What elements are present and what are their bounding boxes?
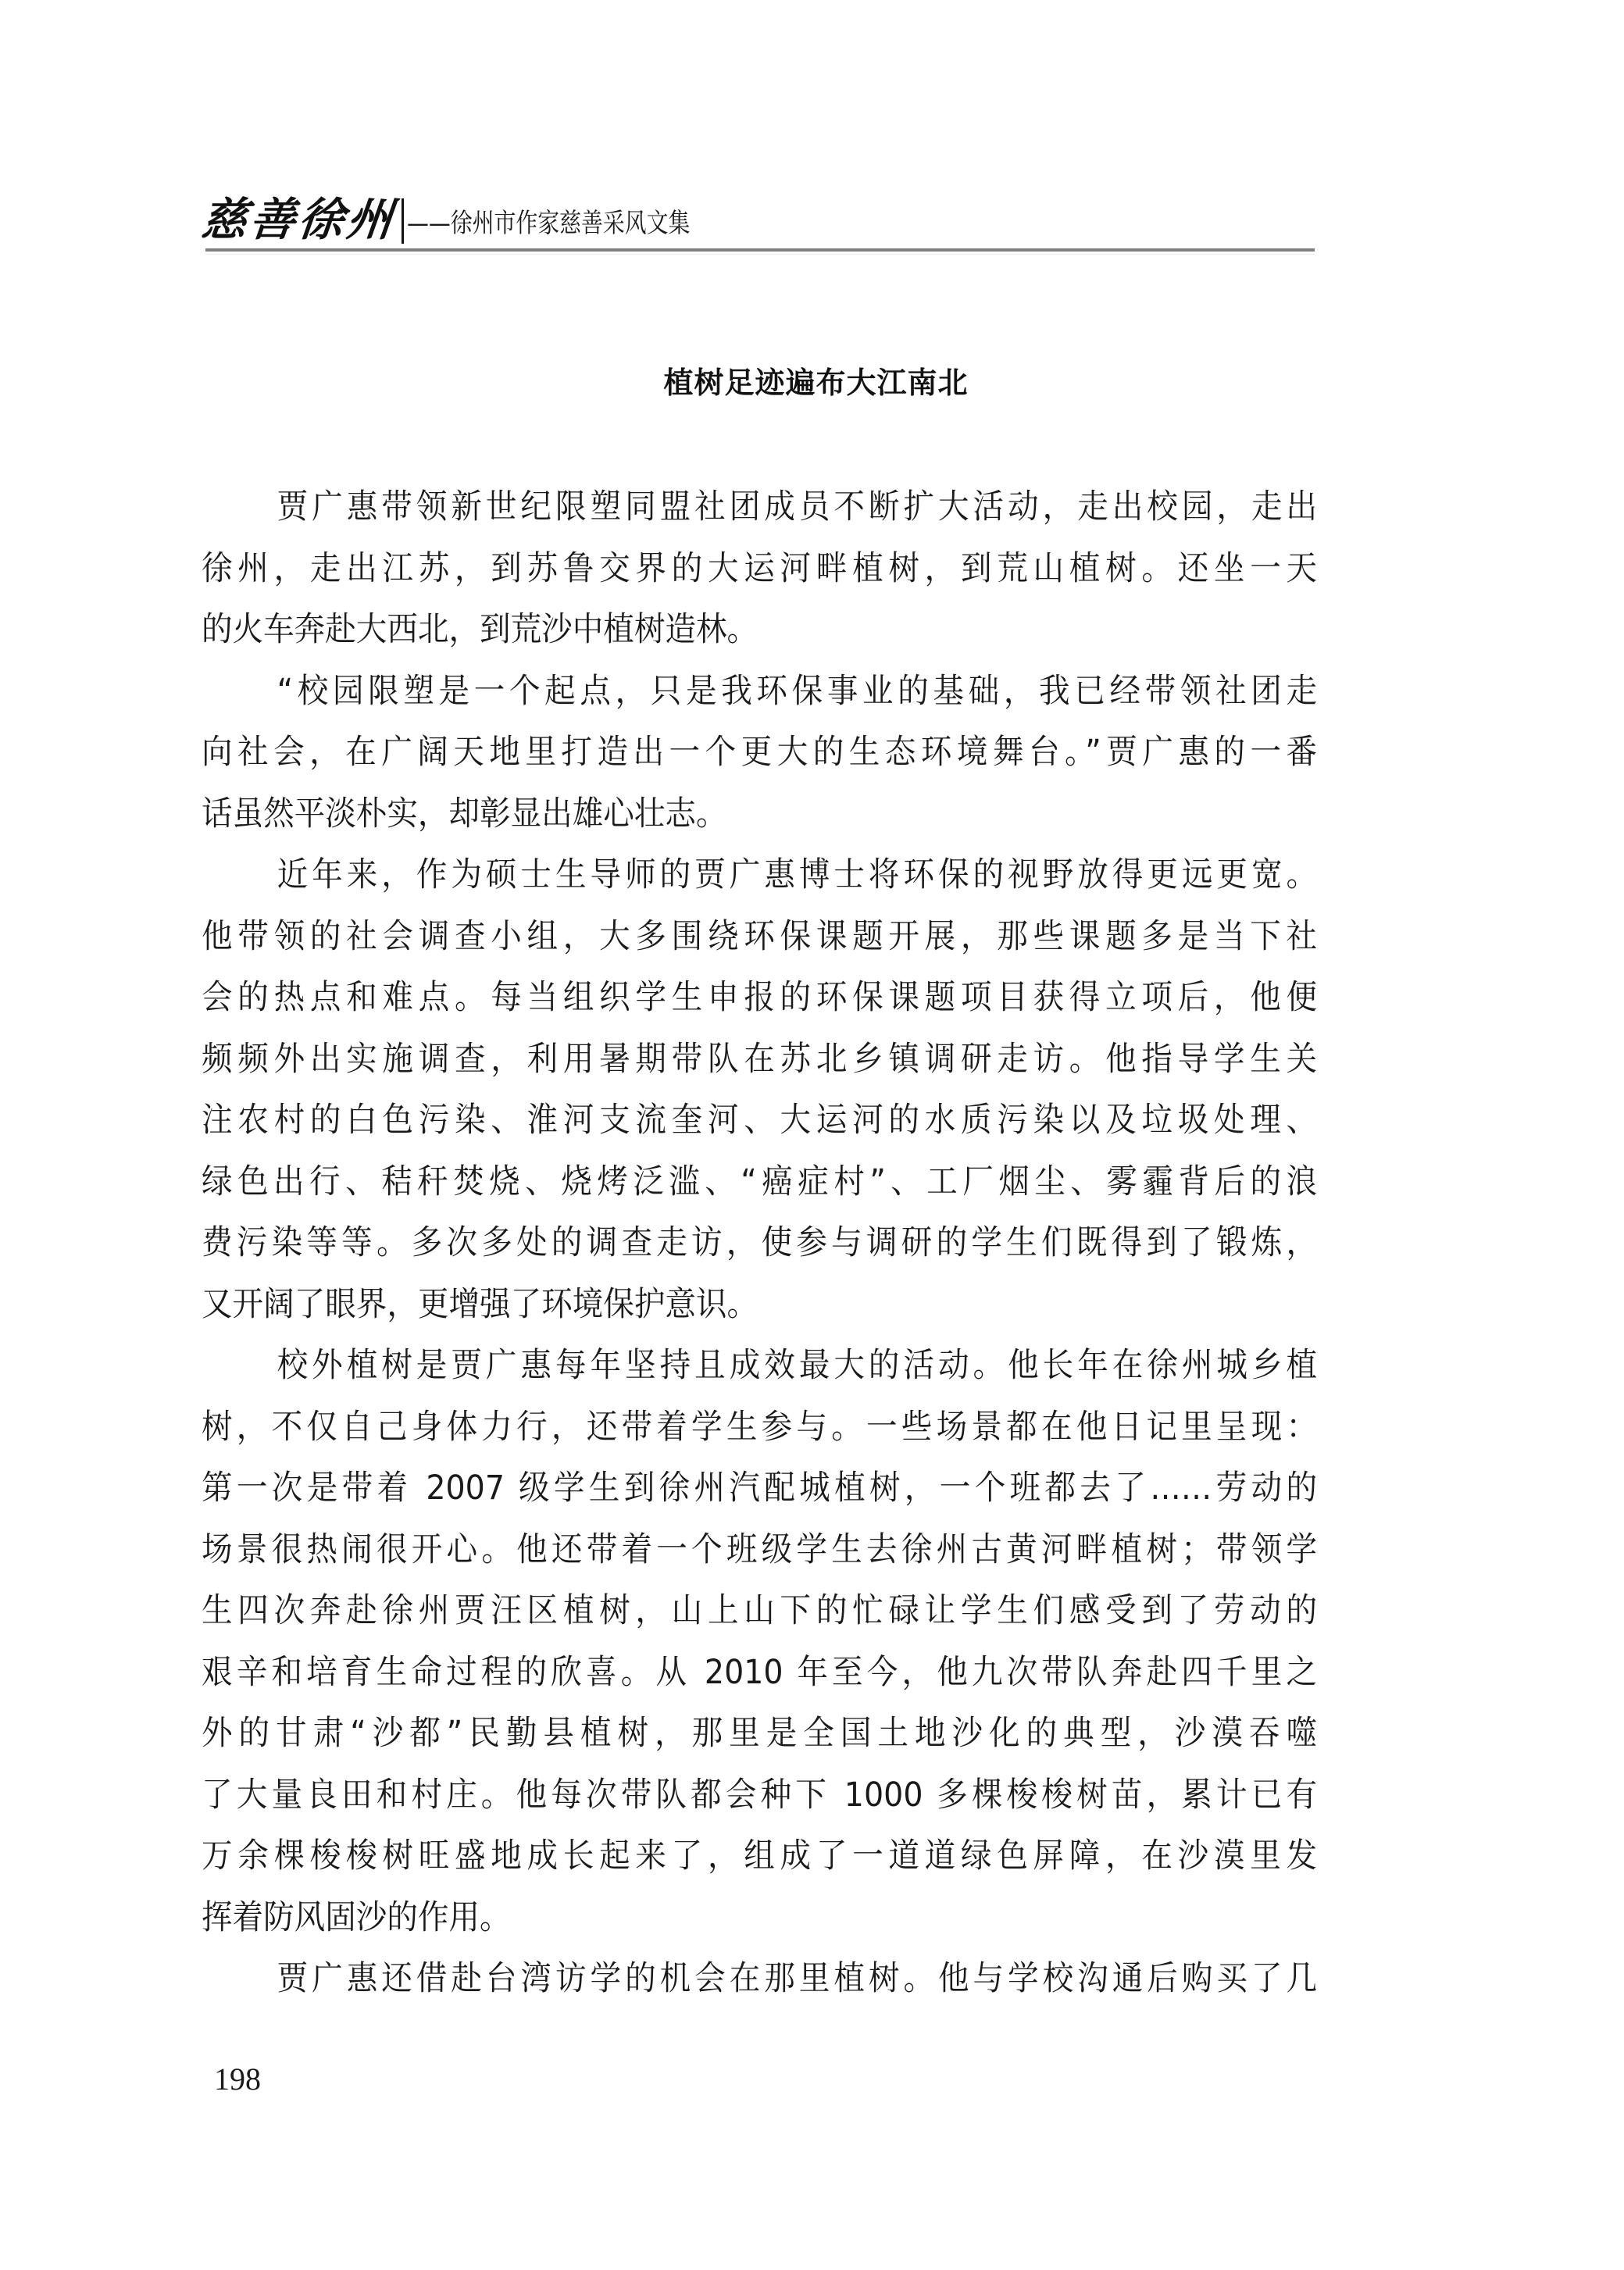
text-line: 外的甘肃“沙都”民勤县植树，那里是全国土地沙化的典型，沙漠吞噬 bbox=[202, 1703, 1317, 1765]
text-line: 绿色出行、秸秆焚烧、烧烤泛滥、“癌症村”、工厂烟尘、雾霾背后的浪 bbox=[202, 1151, 1317, 1213]
text-line: 会的热点和难点。每当组织学生申报的环保课题项目获得立项后，他便 bbox=[202, 967, 1317, 1029]
text-line: 向社会，在广阔天地里打造出一个更大的生态环境舞台。”贾广惠的一番 bbox=[202, 722, 1317, 783]
header-rule bbox=[205, 248, 1315, 252]
text-line: 贾广惠还借赴台湾访学的机会在那里植树。他与学校沟通后购买了几 bbox=[202, 1948, 1317, 2010]
text-line: 话虽然平淡朴实，却彰显出雄心壮志。 bbox=[202, 783, 1317, 845]
brand-divider bbox=[402, 198, 404, 244]
text-line: 树，不仅自己身体力行，还带着学生参与。一些场景都在他日记里呈现： bbox=[202, 1397, 1317, 1458]
text-line: “校园限塑是一个起点，只是我环保事业的基础，我已经带领社团走 bbox=[202, 661, 1317, 723]
text-line: 近年来，作为硕士生导师的贾广惠博士将环保的视野放得更远更宽。 bbox=[202, 844, 1317, 906]
text-line: 校外植树是贾广惠每年坚持且成效最大的活动。他长年在徐州城乡植 bbox=[202, 1335, 1317, 1397]
text-line: 艰辛和培育生命过程的欣喜。从 2010 年至今，他九次带队奔赴四千里之 bbox=[202, 1642, 1317, 1704]
text-line: 生四次奔赴徐州贾汪区植树，山上山下的忙碌让学生们感受到了劳动的 bbox=[202, 1580, 1317, 1642]
text-line: 他带领的社会调查小组，大多围绕环保课题开展，那些课题多是当下社 bbox=[202, 906, 1317, 968]
text-line: 了大量良田和村庄。他每次带队都会种下 1000 多棵梭梭树苗，累计已有 bbox=[202, 1765, 1317, 1826]
article-body: 贾广惠带领新世纪限塑同盟社团成员不断扩大活动，走出校园，走出 徐州，走出江苏，到… bbox=[202, 476, 1317, 2010]
text-line: 注农村的白色污染、淮河支流奎河、大运河的水质污染以及垃圾处理、 bbox=[202, 1090, 1317, 1151]
text-line: 的火车奔赴大西北，到荒沙中植树造林。 bbox=[202, 599, 1317, 661]
text-line: 第一次是带着 2007 级学生到徐州汽配城植树，一个班都去了……劳动的 bbox=[202, 1458, 1317, 1519]
running-head: 慈善徐州 ——徐州市作家慈善采风文集 bbox=[202, 194, 752, 245]
text-line: 挥着防风固沙的作用。 bbox=[202, 1887, 1317, 1949]
header-rule-shadow bbox=[205, 254, 1315, 255]
text-line: 又开阔了眼界，更增强了环境保护意识。 bbox=[202, 1274, 1317, 1336]
text-line: 万余棵梭梭树旺盛地成长起来了，组成了一道道绿色屏障，在沙漠里发 bbox=[202, 1826, 1317, 1887]
text-line: 场景很热闹很开心。他还带着一个班级学生去徐州古黄河畔植树；带领学 bbox=[202, 1519, 1317, 1581]
text-line: 频频外出实施调查，利用暑期带队在苏北乡镇调研走访。他指导学生关 bbox=[202, 1029, 1317, 1090]
text-line: 贾广惠带领新世纪限塑同盟社团成员不断扩大活动，走出校园，走出 bbox=[202, 476, 1317, 538]
book-brand-calligraphy: 慈善徐州 bbox=[199, 194, 398, 245]
text-line: 徐州，走出江苏，到苏鲁交界的大运河畔植树，到荒山植树。还坐一天 bbox=[202, 538, 1317, 600]
book-subtitle: ——徐州市作家慈善采风文集 bbox=[407, 208, 690, 239]
page-number: 198 bbox=[214, 2062, 261, 2097]
text-line: 费污染等等。多次多处的调查走访，使参与调研的学生们既得到了锻炼， bbox=[202, 1212, 1317, 1274]
article-title: 植树足迹遍布大江南北 bbox=[0, 361, 1624, 405]
